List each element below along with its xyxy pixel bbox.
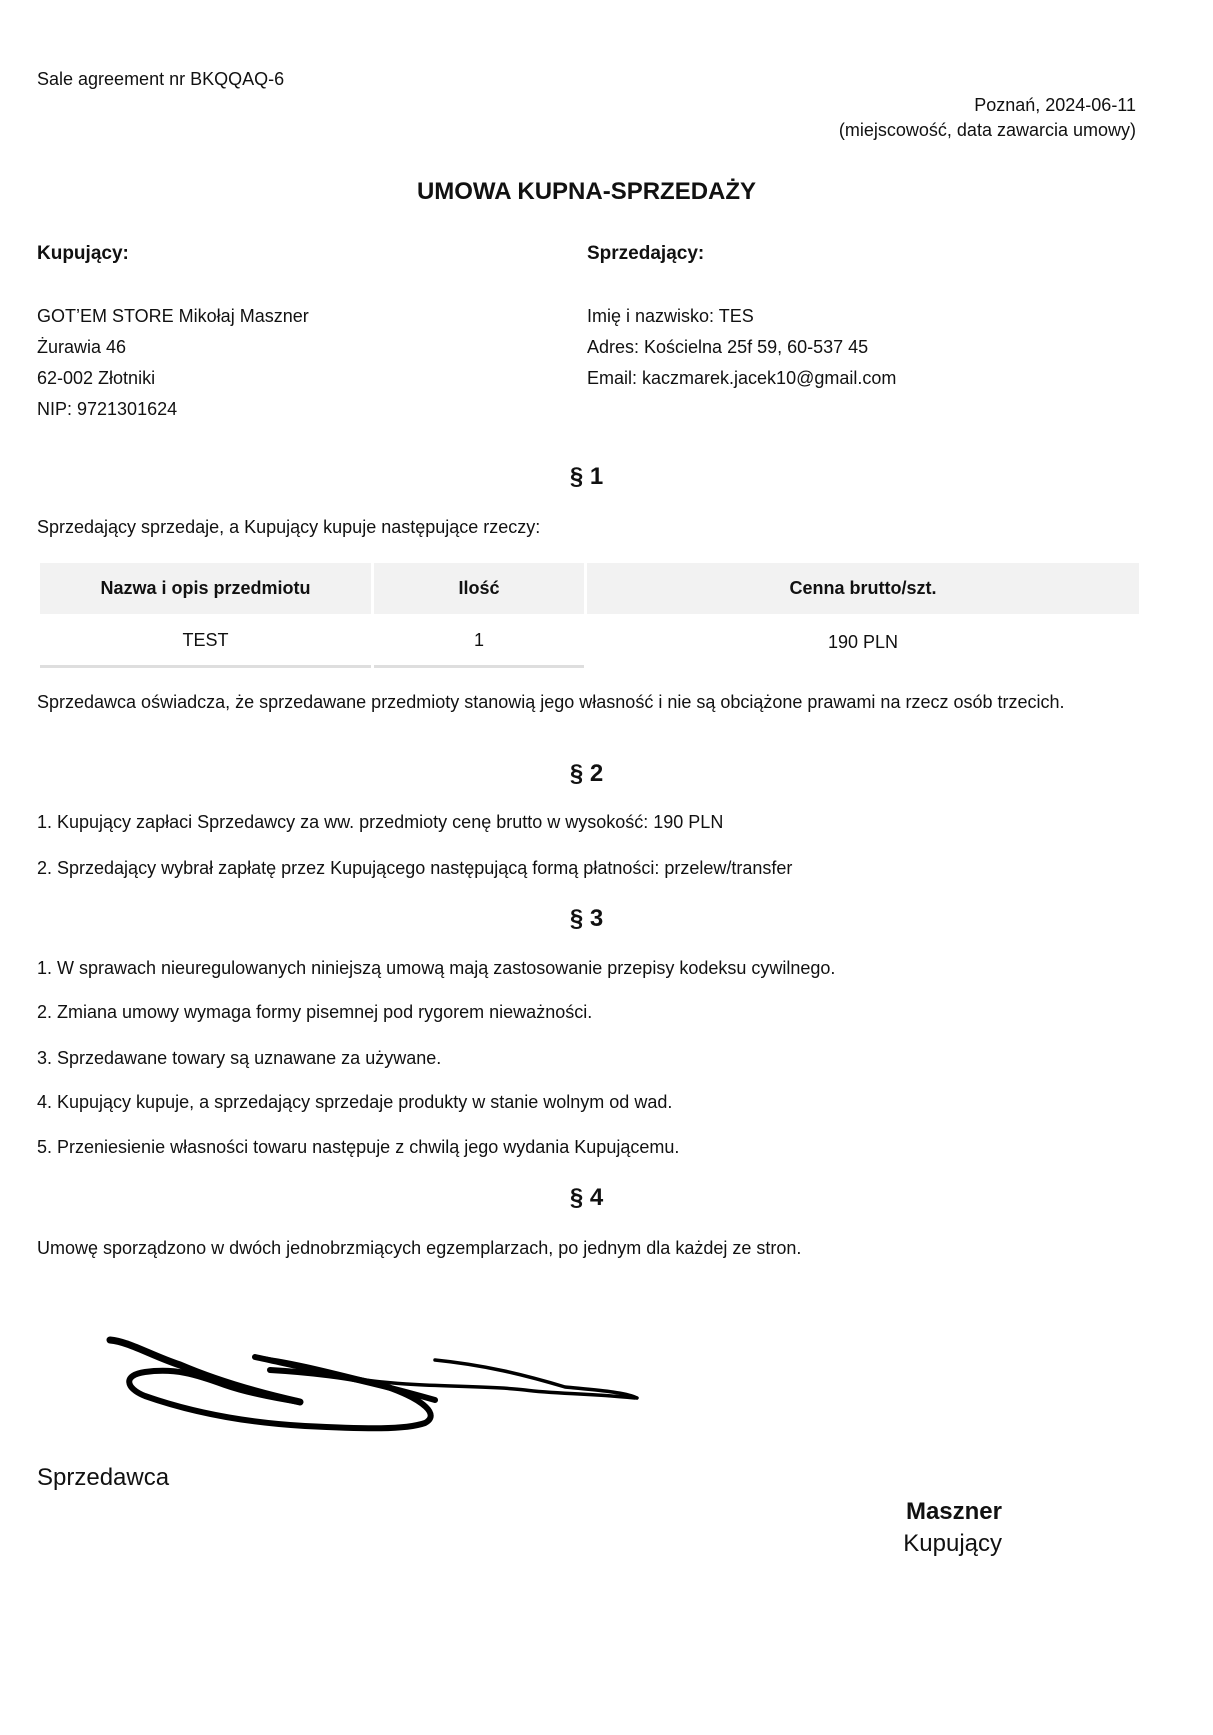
place-and-date-caption: (miejscowość, data zawarcia umowy) <box>839 121 1136 139</box>
seller-email: Email: kaczmarek.jacek10@gmail.com <box>587 369 896 387</box>
section-3-item: 1. W sprawach nieuregulowanych niniejszą… <box>37 959 835 977</box>
place-and-date: Poznań, 2024-06-11 <box>974 96 1136 114</box>
section-3-item: 3. Sprzedawane towary są uznawane za uży… <box>37 1049 441 1067</box>
buyer-nip: NIP: 9721301624 <box>37 400 177 418</box>
section-2-mark: § 2 <box>37 762 1136 786</box>
cell-item-name: TEST <box>40 616 371 668</box>
seller-signature-label: Sprzedawca <box>37 1466 169 1490</box>
section-4-text: Umowę sporządzono w dwóch jednobrzmiącyc… <box>37 1239 801 1257</box>
agreement-number: Sale agreement nr BKQQAQ-6 <box>37 70 284 88</box>
section-2-item: 1. Kupujący zapłaci Sprzedawcy za ww. pr… <box>37 813 723 831</box>
column-header-price: Cenna brutto/szt. <box>587 563 1139 614</box>
buyer-company: GOT’EM STORE Mikołaj Maszner <box>37 307 309 325</box>
buyer-city: 62-002 Złotniki <box>37 369 155 387</box>
section-2-item: 2. Sprzedający wybrał zapłatę przez Kupu… <box>37 859 792 877</box>
seller-signature-image <box>105 1330 645 1445</box>
cell-quantity: 1 <box>374 616 584 668</box>
section-3-item: 2. Zmiana umowy wymaga formy pisemnej po… <box>37 1003 592 1021</box>
document-title: UMOWA KUPNA-SPRZEDAŻY <box>37 180 1136 204</box>
items-table: Nazwa i opis przedmiotu Ilość Cenna brut… <box>37 561 1142 670</box>
section-3-item: 4. Kupujący kupuje, a sprzedający sprzed… <box>37 1093 672 1111</box>
table-header-row: Nazwa i opis przedmiotu Ilość Cenna brut… <box>40 563 1139 614</box>
section-3-item: 5. Przeniesienie własności towaru następ… <box>37 1138 679 1156</box>
column-header-quantity: Ilość <box>374 563 584 614</box>
column-header-item: Nazwa i opis przedmiotu <box>40 563 371 614</box>
seller-name: Imię i nazwisko: TES <box>587 307 754 325</box>
section-1-mark: § 1 <box>37 465 1136 489</box>
seller-heading: Sprzedający: <box>587 244 704 263</box>
cell-price: 190 PLN <box>587 616 1139 668</box>
buyer-signature-name: Maszner <box>700 1500 1002 1524</box>
section-4-mark: § 4 <box>37 1186 1136 1210</box>
buyer-street: Żurawia 46 <box>37 338 126 356</box>
section-3-mark: § 3 <box>37 907 1136 931</box>
seller-address: Adres: Kościelna 25f 59, 60-537 45 <box>587 338 868 356</box>
ownership-statement: Sprzedawca oświadcza, że sprzedawane prz… <box>37 690 1097 714</box>
buyer-heading: Kupujący: <box>37 244 129 263</box>
table-row: TEST 1 190 PLN <box>40 616 1139 668</box>
buyer-signature-label: Kupujący <box>700 1532 1002 1556</box>
section-1-intro: Sprzedający sprzedaje, a Kupujący kupuje… <box>37 518 540 536</box>
